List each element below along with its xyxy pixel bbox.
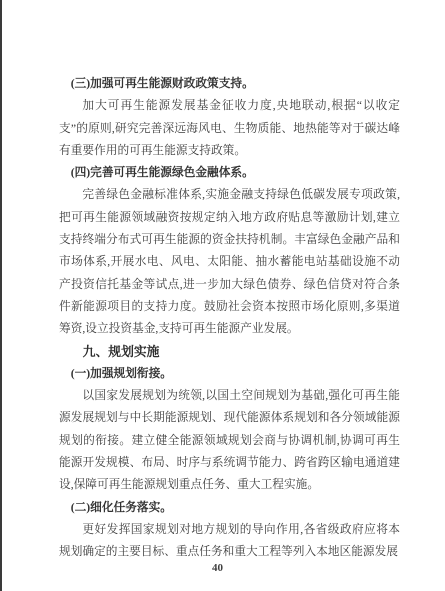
paragraph-green-finance: 完善绿色金融标准体系,实施金融支持绿色低碳发展专项政策,把可再生能源领域融资按规… bbox=[59, 184, 400, 340]
heading-item-4-green-finance: (四)完善可再生能源绿色金融体系。 bbox=[59, 162, 400, 184]
paragraph-task-implementation: 更好发挥国家规划对地方规划的导向作用,各省级政府应将本规划确定的主要目标、重点任… bbox=[59, 519, 400, 564]
heading-item-2-task-implementation: (二)细化任务落实。 bbox=[59, 497, 400, 519]
chapter-heading-9-plan-implementation: 九、规划实施 bbox=[59, 341, 400, 363]
page-number: 40 bbox=[2, 562, 433, 574]
paragraph-plan-alignment: 以国家发展规划为统领,以国土空间规划为基础,强化可再生能源发展规划与中长期能源规… bbox=[59, 385, 400, 496]
document-page: (三)加强可再生能源财政政策支持。 加大可再生能源发展基金征收力度,央地联动,根… bbox=[0, 0, 445, 591]
heading-item-3-fiscal-support: (三)加强可再生能源财政政策支持。 bbox=[59, 73, 400, 95]
document-text-block: (三)加强可再生能源财政政策支持。 加大可再生能源发展基金征收力度,央地联动,根… bbox=[2, 0, 445, 564]
paragraph-fiscal-support: 加大可再生能源发展基金征收力度,央地联动,根据“以收定支”的原则,研究完善深远海… bbox=[59, 95, 400, 162]
heading-item-1-plan-alignment: (一)加强规划衔接。 bbox=[59, 363, 400, 385]
